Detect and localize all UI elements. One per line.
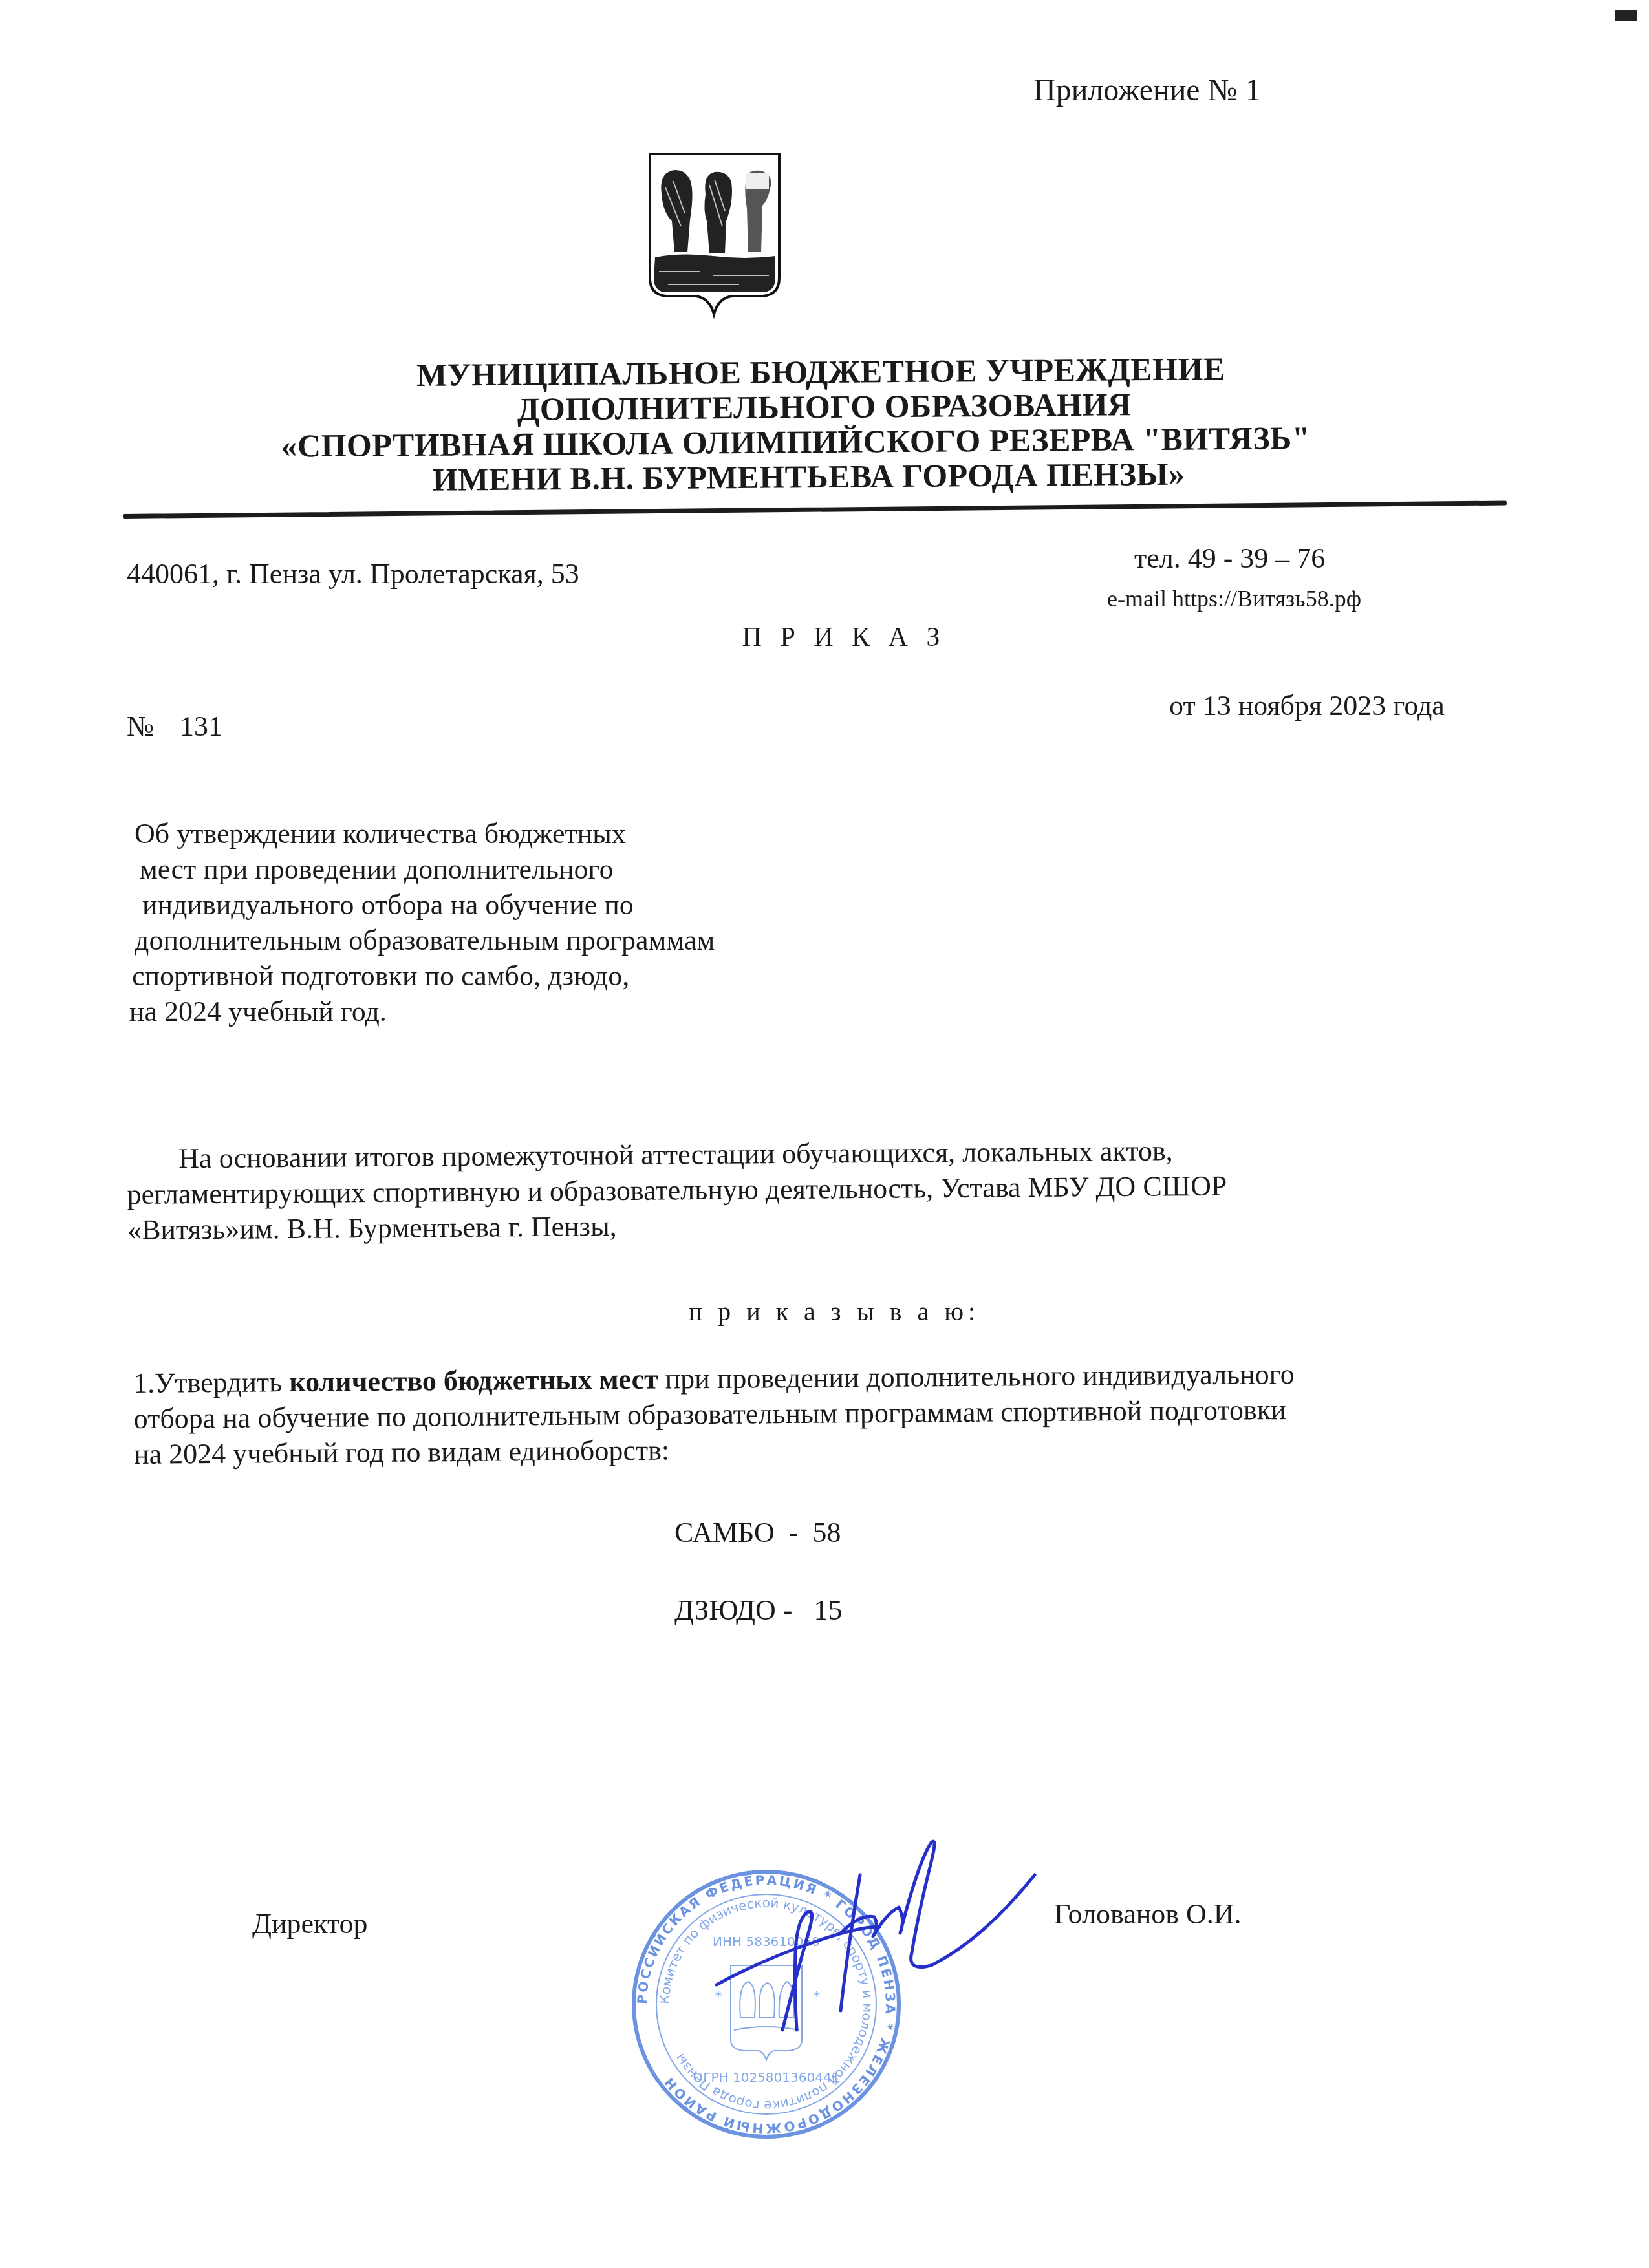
header-divider (123, 500, 1507, 519)
scan-edge-mark (1615, 10, 1637, 21)
document-date: от 13 ноября 2023 года (1169, 689, 1445, 722)
quota-sport: САМБО (674, 1517, 775, 1548)
subject-line: дополнительным образовательным программа… (135, 923, 715, 958)
subject-line: индивидуального отбора на обучение по (142, 887, 715, 923)
number-value: 131 (180, 711, 222, 742)
quota-sambo: САМБО - 58 (674, 1516, 841, 1549)
quota-separator: - (775, 1517, 813, 1548)
subject-line: на 2024 учебный год. (129, 994, 715, 1029)
item-emphasis: количество бюджетных мест (289, 1364, 658, 1398)
organization-name: МУНИЦИПАЛЬНОЕ БЮДЖЕТНОЕ УЧРЕЖДЕНИЕ ДОПОЛ… (0, 348, 1649, 500)
quota-places: 58 (812, 1517, 841, 1548)
quota-judo: ДЗЮДО - 15 (674, 1594, 843, 1627)
quota-places: 15 (814, 1594, 843, 1626)
quota-sport: ДЗЮДО (674, 1594, 776, 1626)
phone: тел. 49 - 39 – 76 (1134, 542, 1325, 575)
address: 440061, г. Пенза ул. Пролетарская, 53 (127, 557, 579, 590)
basis-paragraph: На основании итогов промежуточной аттест… (127, 1130, 1518, 1248)
document-number: №131 (127, 710, 222, 743)
order-item-1: 1.Утвердить количество бюджетных мест пр… (133, 1356, 1295, 1472)
handwritten-signature (647, 1836, 1061, 2049)
subject-line: спортивной подготовки по самбо, дзюдо, (132, 958, 715, 994)
email-website: e-mail https://Витязь58.рф (1107, 585, 1361, 612)
subject-block: Об утверждении количества бюджетных мест… (135, 816, 715, 1029)
document-title: П Р И К А З (0, 622, 1649, 653)
subject-line: мест при проведении дополнительного (140, 851, 715, 887)
item-text: при проведении дополнительного индивидуа… (658, 1358, 1295, 1395)
svg-text:ОГРН 1025801360441: ОГРН 1025801360441 (693, 2070, 840, 2085)
signer-position: Директор (252, 1907, 368, 1940)
appendix-label: Приложение № 1 (1033, 72, 1260, 108)
number-sign: № (127, 711, 154, 742)
order-word: п р и к а з ы в а ю: (0, 1296, 1649, 1327)
subject-line: Об утверждении количества бюджетных (135, 816, 715, 851)
quota-separator: - (776, 1594, 814, 1626)
pensa-coat-of-arms-icon (642, 149, 786, 323)
item-prefix: 1.Утвердить (133, 1366, 289, 1399)
signer-name: Голованов О.И. (1054, 1898, 1242, 1931)
